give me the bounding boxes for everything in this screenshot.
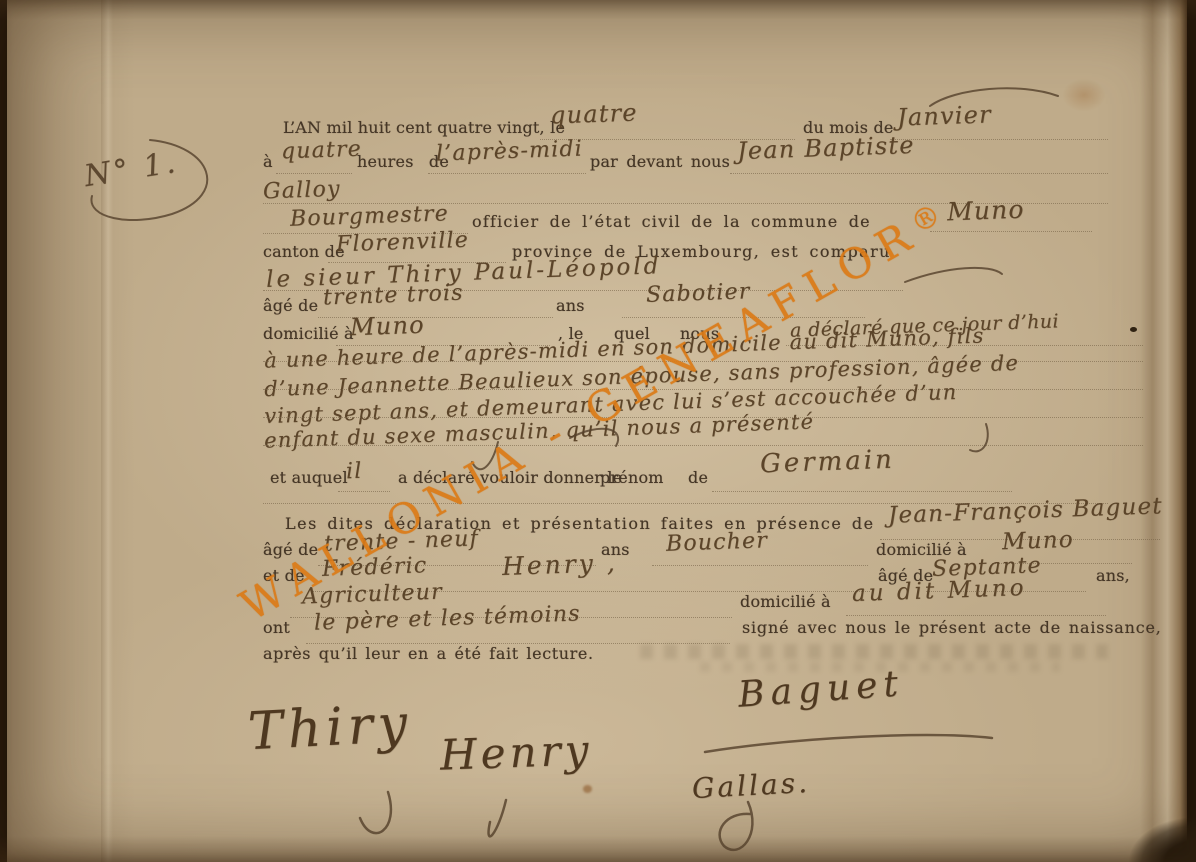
printed-ans-3: ans, (1096, 568, 1130, 584)
printed-age-de: âgé de (263, 298, 318, 314)
paper-stain (1062, 78, 1106, 112)
hw-pronoun-il: il (346, 461, 363, 484)
ruled-line (276, 173, 352, 174)
ruled-line (846, 615, 1106, 616)
verso-bleed-through (640, 644, 1108, 659)
hw-officer-title: Bourgmestre (290, 203, 450, 231)
top-shadow (0, 0, 1196, 20)
printed-par-devant-nous: par devant nous (590, 154, 730, 170)
binding-edge-right (1187, 0, 1196, 862)
hw-hour: quatre (281, 139, 363, 164)
hw-witness1-name: Jean-François Baguet (888, 495, 1163, 528)
binding-edge-left (0, 0, 7, 862)
hw-declarant-age: trente trois (323, 283, 464, 310)
printed-domicilie-a: domicilié à (263, 326, 354, 342)
bottom-right-binding-corner (1106, 792, 1196, 862)
bottom-shadow (0, 836, 1196, 862)
baguet-underline (705, 735, 992, 752)
printed-fait-lecture: après qu’il leur en a été fait lecture. (263, 646, 594, 662)
printed-signe-avec-nous: signé avec nous le présent acte de naiss… (742, 620, 1162, 636)
stray-descender-2 (970, 424, 988, 451)
hw-declarant-domicile: Muno (350, 313, 426, 340)
declarant-line-swash (905, 268, 1002, 282)
hw-officer-last-name: Galloy (263, 179, 341, 204)
signature-gallas: Gallas. (691, 769, 810, 803)
ruled-line (428, 173, 586, 174)
register-page-scan: N° 1. L’AN mil huit cent quatre vingt, l… (0, 0, 1196, 862)
hw-witness1-domicile: Muno (1002, 529, 1075, 554)
right-page-crease (1140, 0, 1190, 862)
hw-child-name: Germain (760, 447, 896, 478)
printed-et-auquel: et auquel (270, 470, 348, 486)
hw-part-of-day: l’après-midi (436, 138, 584, 165)
printed-officier-etat-civil: officier de l’état civil de la commune d… (472, 214, 871, 230)
printed-de: de (688, 470, 708, 486)
hw-canton: Florenville (336, 230, 470, 257)
hw-witness1-profession: Boucher (666, 530, 769, 556)
henry-descender (489, 800, 506, 836)
printed-ans: ans (556, 298, 585, 314)
hw-witness2-last: Henry , (502, 550, 618, 579)
ruled-line (730, 173, 1108, 174)
hw-month: Janvier (897, 102, 992, 129)
printed-canton-de: canton de (263, 244, 345, 260)
ruled-line (338, 491, 390, 492)
printed-prenom: prénom (600, 470, 664, 486)
printed-year-le: L’AN mil huit cent quatre vingt, le (283, 120, 565, 136)
thiry-descender (360, 792, 391, 833)
ruled-line (890, 139, 1108, 140)
printed-domicilie-a-3: domicilié à (740, 594, 831, 610)
hw-day: quatre (550, 100, 638, 127)
ruled-line (712, 491, 1012, 492)
ink-spot (583, 785, 592, 793)
page-fold (101, 0, 113, 862)
ink-dot (1130, 327, 1137, 332)
hw-signatories: le père et les témoins (314, 603, 581, 634)
signature-henry: Henry (439, 729, 593, 776)
hw-witness2-domicile: au dit Muno (852, 577, 1027, 606)
signature-thiry: Thiry (247, 698, 414, 759)
ruled-line (652, 565, 868, 566)
printed-a: à (263, 154, 273, 170)
hw-officer-first-name: Jean Baptiste (737, 133, 915, 163)
hw-commune: Muno (947, 197, 1025, 225)
signature-baguet: Baguet (737, 666, 905, 713)
margin-act-number: N° 1. (82, 145, 181, 194)
ruled-line (930, 231, 1092, 232)
ruled-line (263, 445, 1143, 446)
